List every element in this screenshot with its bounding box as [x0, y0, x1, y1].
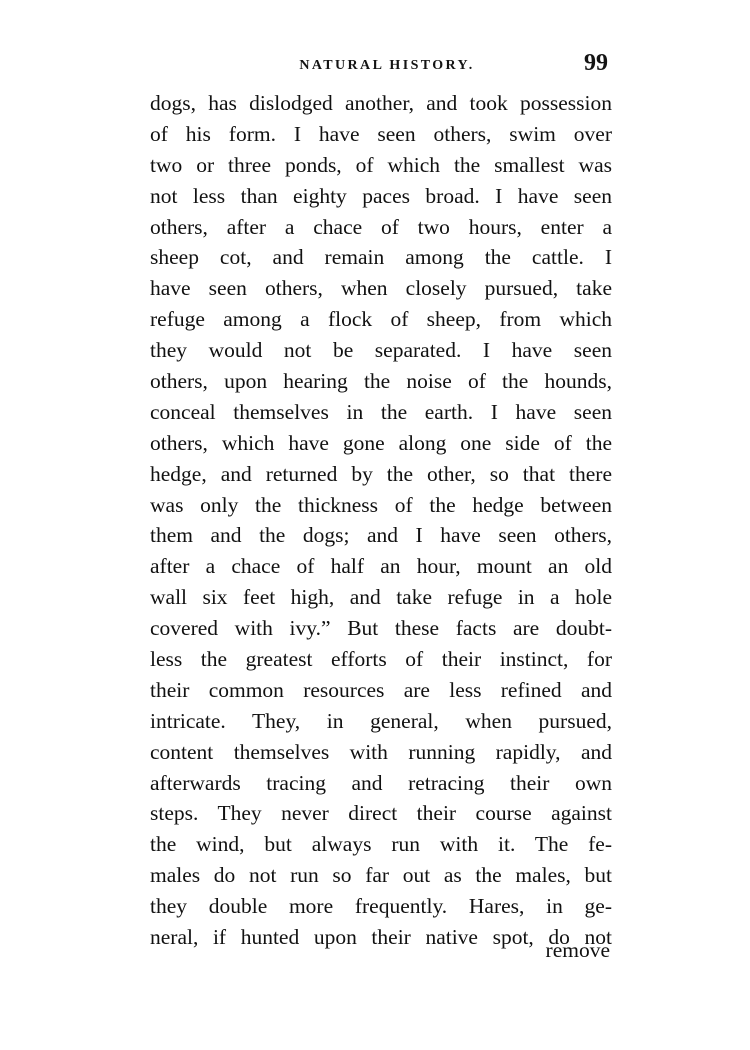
text-line: them and the dogs; and I have seen other…	[150, 520, 612, 551]
text-line: after a chace of half an hour, mount an …	[150, 551, 612, 582]
text-line: the wind, but always run with it. The fe…	[150, 829, 612, 860]
text-line: others, which have gone along one side o…	[150, 428, 612, 459]
text-line: they double more frequently. Hares, in g…	[150, 891, 612, 922]
text-line: afterwards tracing and retracing their o…	[150, 768, 612, 799]
text-line: they would not be separated. I have seen	[150, 335, 612, 366]
text-line: not less than eighty paces broad. I have…	[150, 181, 612, 212]
text-line: others, upon hearing the noise of the ho…	[150, 366, 612, 397]
text-line: two or three ponds, of which the smalles…	[150, 150, 612, 181]
text-line: less the greatest efforts of their insti…	[150, 644, 612, 675]
text-line: have seen others, when closely pursued, …	[150, 273, 612, 304]
text-line: conceal themselves in the earth. I have …	[150, 397, 612, 428]
text-line: content themselves with running rapidly,…	[150, 737, 612, 768]
text-line: steps. They never direct their course ag…	[150, 798, 612, 829]
text-line: intricate. They, in general, when pursue…	[150, 706, 612, 737]
text-line: males do not run so far out as the males…	[150, 860, 612, 891]
text-line: others, after a chace of two hours, ente…	[150, 212, 612, 243]
page-number: 99	[584, 50, 608, 77]
text-line: sheep cot, and remain among the cattle. …	[150, 242, 612, 273]
text-line: dogs, has dislodged another, and took po…	[150, 88, 612, 119]
running-title: NATURAL HISTORY.	[150, 58, 612, 74]
text-line: hedge, and returned by the other, so tha…	[150, 459, 612, 490]
text-line: their common resources are less refined …	[150, 675, 612, 706]
text-line: neral, if hunted upon their native spot,…	[150, 922, 612, 953]
text-line: wall six feet high, and take refuge in a…	[150, 582, 612, 613]
catchword: remove	[546, 938, 610, 963]
running-head: NATURAL HISTORY. 99	[150, 52, 612, 82]
book-page: NATURAL HISTORY. 99 dogs, has dislodged …	[0, 0, 750, 1050]
text-line: refuge among a flock of sheep, from whic…	[150, 304, 612, 335]
text-line: of his form. I have seen others, swim ov…	[150, 119, 612, 150]
text-line: was only the thickness of the hedge betw…	[150, 490, 612, 521]
text-line: covered with ivy.” But these facts are d…	[150, 613, 612, 644]
body-text: dogs, has dislodged another, and took po…	[150, 88, 612, 953]
